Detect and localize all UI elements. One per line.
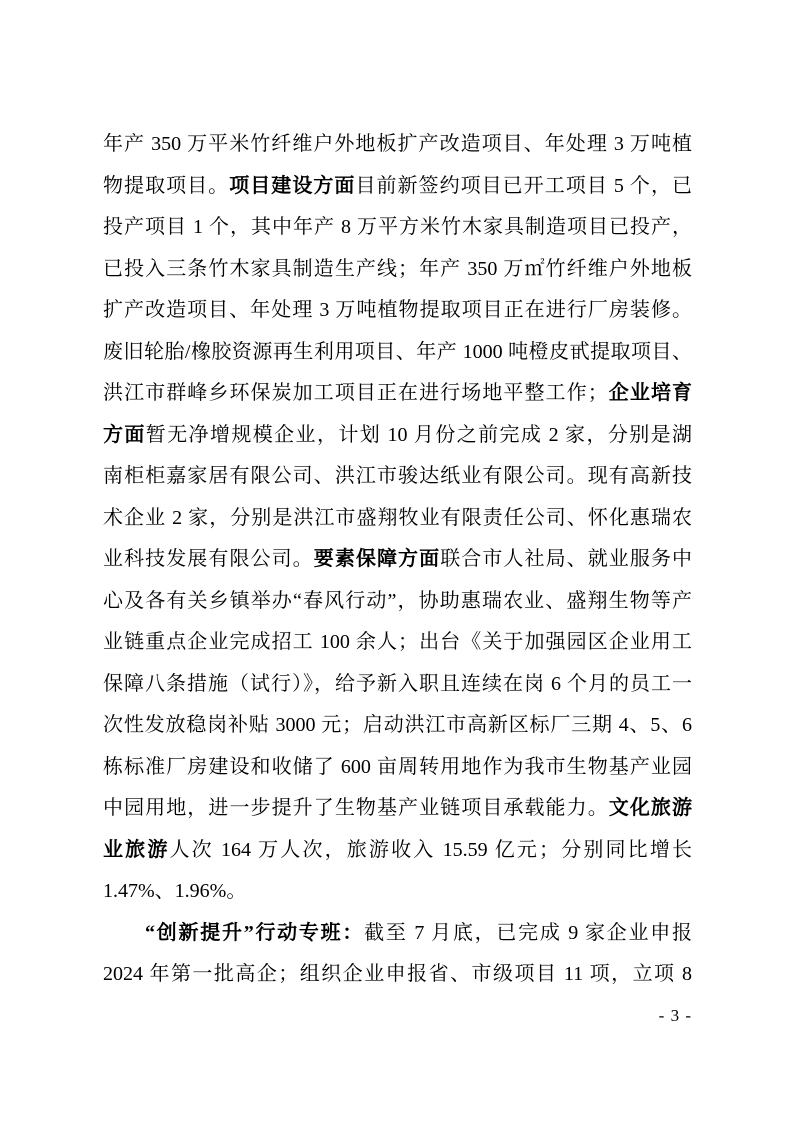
text-segment: 术企业 2 家，分别是洪江市盛翔牧业有限责任公司、怀化惠瑞农 — [103, 507, 692, 529]
bold-text: “创新提升”行动专班： — [145, 922, 364, 944]
bold-text: 业旅游 — [103, 839, 169, 861]
text-segment: 年产 350 万平米竹纤维户外地板扩产改造项目、年处理 3 万吨植 — [103, 133, 692, 155]
text-segment: 废旧轮胎/橡胶资源再生利用项目、年产 1000 吨橙皮甙提取项目、 — [103, 341, 692, 363]
text-segment: 中园用地，进一步提升了生物基产业链项目承载能力。 — [103, 797, 609, 819]
text-line: 业链重点企业完成招工 100 余人；出台《关于加强园区企业用工 — [103, 622, 692, 664]
text-segment: 目前新签约项目已开工项目 5 个，已 — [355, 175, 692, 197]
text-segment: 业科技发展有限公司。 — [103, 548, 314, 570]
text-line: 扩产改造项目、年处理 3 万吨植物提取项目正在进行厂房装修。 — [103, 290, 692, 332]
text-segment: 2024 年第一批高企；组织企业申报省、市级项目 11 项，立项 8 — [103, 963, 692, 985]
text-line: 心及各有关乡镇举办“春风行动”，协助惠瑞农业、盛翔生物等产 — [103, 581, 692, 623]
text-segment: 投产项目 1 个，其中年产 8 万平方米竹木家具制造项目已投产， — [103, 216, 692, 238]
document-body: 年产 350 万平米竹纤维户外地板扩产改造项目、年处理 3 万吨植物提取项目。项… — [103, 124, 692, 996]
text-line: 已投入三条竹木家具制造生产线；年产 350 万㎡竹纤维户外地板 — [103, 249, 692, 291]
text-line: 1.47%、1.96%。 — [103, 871, 692, 913]
text-segment: 业链重点企业完成招工 100 余人；出台《关于加强园区企业用工 — [103, 631, 692, 653]
text-line: 2024 年第一批高企；组织企业申报省、市级项目 11 项，立项 8 — [103, 954, 692, 996]
document-page: 年产 350 万平米竹纤维户外地板扩产改造项目、年处理 3 万吨植物提取项目。项… — [0, 0, 793, 1122]
text-line: 投产项目 1 个，其中年产 8 万平方米竹木家具制造项目已投产， — [103, 207, 692, 249]
text-line: 术企业 2 家，分别是洪江市盛翔牧业有限责任公司、怀化惠瑞农 — [103, 498, 692, 540]
text-line: 南柜柜嘉家居有限公司、洪江市骏达纸业有限公司。现有高新技 — [103, 456, 692, 498]
text-line: 年产 350 万平米竹纤维户外地板扩产改造项目、年处理 3 万吨植 — [103, 124, 692, 166]
bold-text: 要素保障方面 — [314, 548, 440, 570]
text-line: 洪江市群峰乡环保炭加工项目正在进行场地平整工作；企业培育 — [103, 373, 692, 415]
text-line: 栋标准厂房建设和收储了 600 亩周转用地作为我市生物基产业园 — [103, 747, 692, 789]
text-line: 物提取项目。项目建设方面目前新签约项目已开工项目 5 个，已 — [103, 166, 692, 208]
text-line: 次性发放稳岗补贴 3000 元；启动洪江市高新区标厂三期 4、5、6 — [103, 705, 692, 747]
bold-text: 企业培育 — [608, 382, 692, 404]
text-segment: 已投入三条竹木家具制造生产线；年产 350 万㎡竹纤维户外地板 — [103, 258, 692, 280]
text-segment: 栋标准厂房建设和收储了 600 亩周转用地作为我市生物基产业园 — [103, 756, 692, 778]
text-segment: 人次 164 万人次，旅游收入 15.59 亿元；分别同比增长 — [169, 839, 692, 861]
text-line: 保障八条措施（试行）》，给予新入职且连续在岗 6 个月的员工一 — [103, 664, 692, 706]
text-segment: 暂无净增规模企业，计划 10 月份之前完成 2 家，分别是湖 — [146, 424, 692, 446]
bold-text: 项目建设方面 — [229, 175, 355, 197]
text-line: 业科技发展有限公司。要素保障方面联合市人社局、就业服务中 — [103, 539, 692, 581]
text-line: 业旅游人次 164 万人次，旅游收入 15.59 亿元；分别同比增长 — [103, 830, 692, 872]
text-line: “创新提升”行动专班：截至 7 月底，已完成 9 家企业申报 — [103, 913, 692, 955]
text-segment: 联合市人社局、就业服务中 — [440, 548, 692, 570]
text-segment: 南柜柜嘉家居有限公司、洪江市骏达纸业有限公司。现有高新技 — [103, 465, 692, 487]
text-line: 方面暂无净增规模企业，计划 10 月份之前完成 2 家，分别是湖 — [103, 415, 692, 457]
text-segment: 洪江市群峰乡环保炭加工项目正在进行场地平整工作； — [103, 382, 608, 404]
text-segment: 保障八条措施（试行）》，给予新入职且连续在岗 6 个月的员工一 — [103, 673, 692, 695]
text-segment: 扩产改造项目、年处理 3 万吨植物提取项目正在进行厂房装修。 — [103, 299, 692, 321]
page-number: - 3 - — [103, 1004, 692, 1028]
text-line: 中园用地，进一步提升了生物基产业链项目承载能力。文化旅游 — [103, 788, 692, 830]
text-line: 废旧轮胎/橡胶资源再生利用项目、年产 1000 吨橙皮甙提取项目、 — [103, 332, 692, 374]
text-segment: 心及各有关乡镇举办“春风行动”，协助惠瑞农业、盛翔生物等产 — [103, 590, 692, 612]
bold-text: 方面 — [103, 424, 146, 446]
text-segment: 次性发放稳岗补贴 3000 元；启动洪江市高新区标厂三期 4、5、6 — [103, 714, 692, 736]
bold-text: 文化旅游 — [609, 797, 692, 819]
text-segment: 截至 7 月底，已完成 9 家企业申报 — [364, 922, 692, 944]
text-segment: 物提取项目。 — [103, 175, 229, 197]
text-segment: 1.47%、1.96%。 — [103, 880, 246, 902]
